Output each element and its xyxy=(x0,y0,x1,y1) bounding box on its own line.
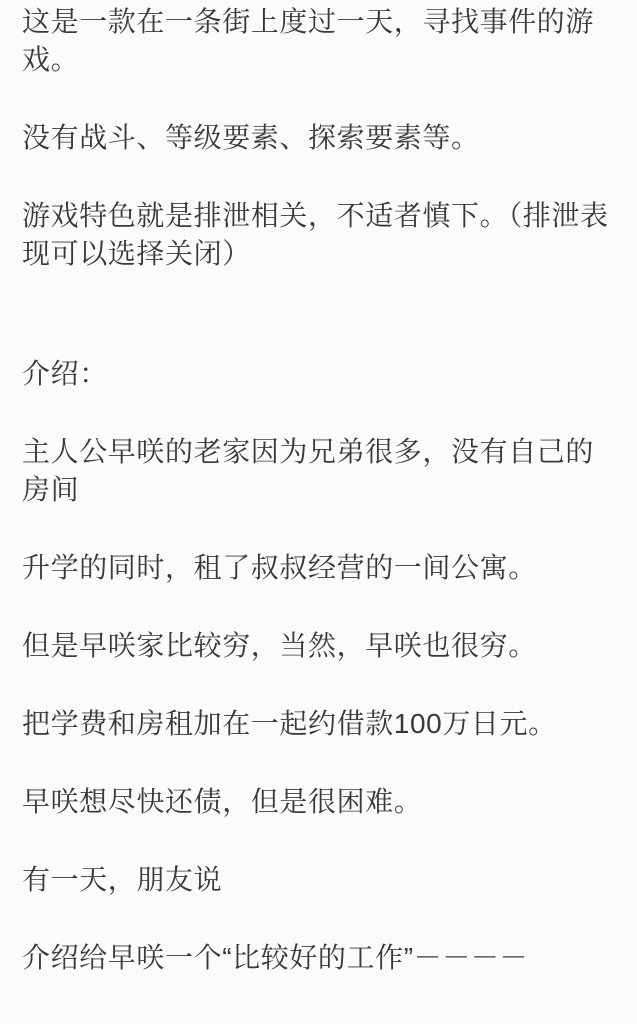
page: { "page": { "background_color": "#fbfbfb… xyxy=(0,0,637,1024)
paragraph-story-job-offer: 介绍给早咲一个“比较好的工作”－－－－ xyxy=(22,939,615,977)
paragraph-game-summary: 这是一款在一条街上度过一天，寻找事件的游戏。 xyxy=(22,3,615,79)
paragraph-story-repay: 早咲想尽快还债，但是很困难。 xyxy=(22,783,615,821)
paragraph-story-apartment: 升学的同时，租了叔叔经营的一间公寓。 xyxy=(22,549,615,587)
game-description-text: 这是一款在一条街上度过一天，寻找事件的游戏。 没有战斗、等级要素、探索要素等。 … xyxy=(0,0,637,977)
paragraph-no-combat-note: 没有战斗、等级要素、探索要素等。 xyxy=(22,119,615,157)
paragraph-story-poor: 但是早咲家比较穷，当然，早咲也很穷。 xyxy=(22,627,615,665)
paragraph-content-warning: 游戏特色就是排泄相关，不适者慎下。（排泄表现可以选择关闭） xyxy=(22,197,615,273)
paragraph-story-debt: 把学费和房租加在一起约借款100万日元。 xyxy=(22,705,615,743)
paragraph-story-friend: 有一天，朋友说 xyxy=(22,861,615,899)
paragraph-story-family: 主人公早咲的老家因为兄弟很多，没有自己的房间 xyxy=(22,433,615,509)
intro-heading: 介绍： xyxy=(22,355,615,393)
